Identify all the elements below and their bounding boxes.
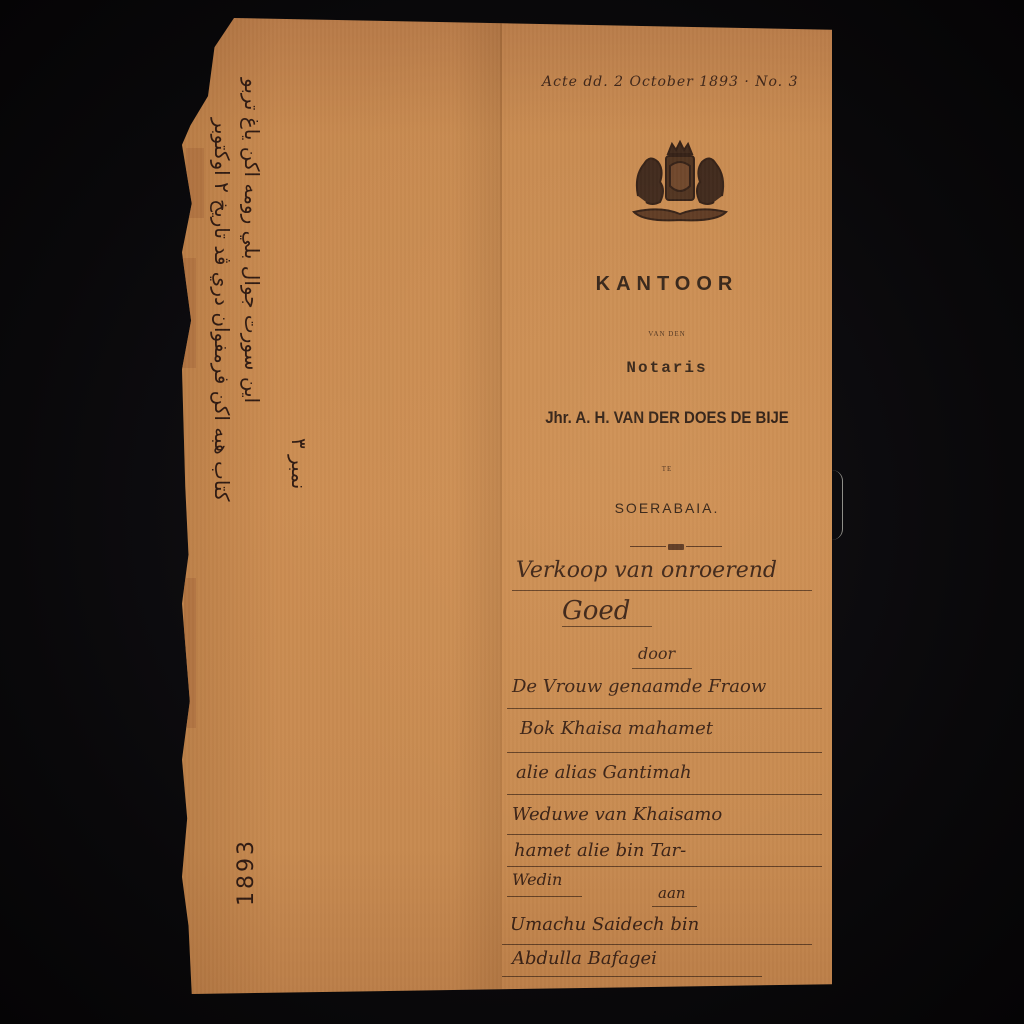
ruled-line bbox=[507, 708, 822, 709]
hw-line-9: Wedin bbox=[512, 870, 562, 889]
divider-ornament bbox=[630, 544, 722, 550]
ruled-line bbox=[562, 626, 652, 627]
coat-of-arms-icon bbox=[620, 136, 740, 226]
arabic-annotation-col-2: كتاب هبه اكن فرمفوان دري ڤد تاريخ ٢ اوكت… bbox=[210, 118, 234, 501]
deed-date-note: Acte dd. 2 October 1893 · No. 3 bbox=[542, 74, 822, 90]
binding-thread bbox=[832, 470, 843, 540]
arabic-annotation-col-1: اين سورت جوال بلي رومه اكن ياغ تربو bbox=[240, 78, 264, 403]
ruled-line bbox=[502, 976, 762, 977]
folder-front-panel: Acte dd. 2 October 1893 · No. 3 KANTOOR … bbox=[502, 18, 832, 994]
hw-line-12: Abdulla Bafagei bbox=[512, 948, 657, 969]
ruled-line bbox=[652, 906, 697, 907]
ruled-line bbox=[502, 944, 812, 945]
ruled-line bbox=[507, 896, 582, 897]
hw-line-3: door bbox=[638, 644, 675, 663]
hw-line-6: alie alias Gantimah bbox=[516, 762, 692, 783]
office-title: KANTOOR bbox=[502, 273, 832, 296]
ruled-line bbox=[507, 752, 822, 753]
ruled-line bbox=[507, 866, 822, 867]
arabic-annotation-year: 1893 bbox=[234, 838, 259, 906]
hw-line-1: Verkoop van onroerend bbox=[516, 558, 777, 583]
ruled-line bbox=[507, 794, 822, 795]
ruled-line bbox=[512, 590, 812, 591]
ruled-line bbox=[507, 834, 822, 835]
hw-line-7: Weduwe van Khaisamo bbox=[512, 804, 722, 825]
hw-line-11: Umachu Saidech bin bbox=[510, 914, 699, 935]
city-label: SOERABAIA. bbox=[502, 500, 832, 516]
hw-line-8: hamet alie bin Tar- bbox=[514, 840, 686, 861]
notary-name: Jhr. A. H. VAN DER DOES DE BIJE bbox=[522, 408, 812, 428]
hw-line-2: Goed bbox=[562, 596, 630, 626]
hw-line-4: De Vrouw genaamde Fraow bbox=[512, 676, 766, 697]
te-label: TE bbox=[502, 465, 832, 473]
arabic-annotation-number: نمبر ٣ bbox=[287, 438, 311, 489]
van-den-label: VAN DEN bbox=[502, 330, 832, 338]
ruled-line bbox=[632, 668, 692, 669]
notaris-label: Notaris bbox=[502, 359, 832, 377]
document-folder: اين سورت جوال بلي رومه اكن ياغ تربو كتاب… bbox=[182, 18, 832, 994]
hw-line-10: aan bbox=[658, 884, 686, 902]
hw-line-5: Bok Khaisa mahamet bbox=[520, 718, 713, 739]
